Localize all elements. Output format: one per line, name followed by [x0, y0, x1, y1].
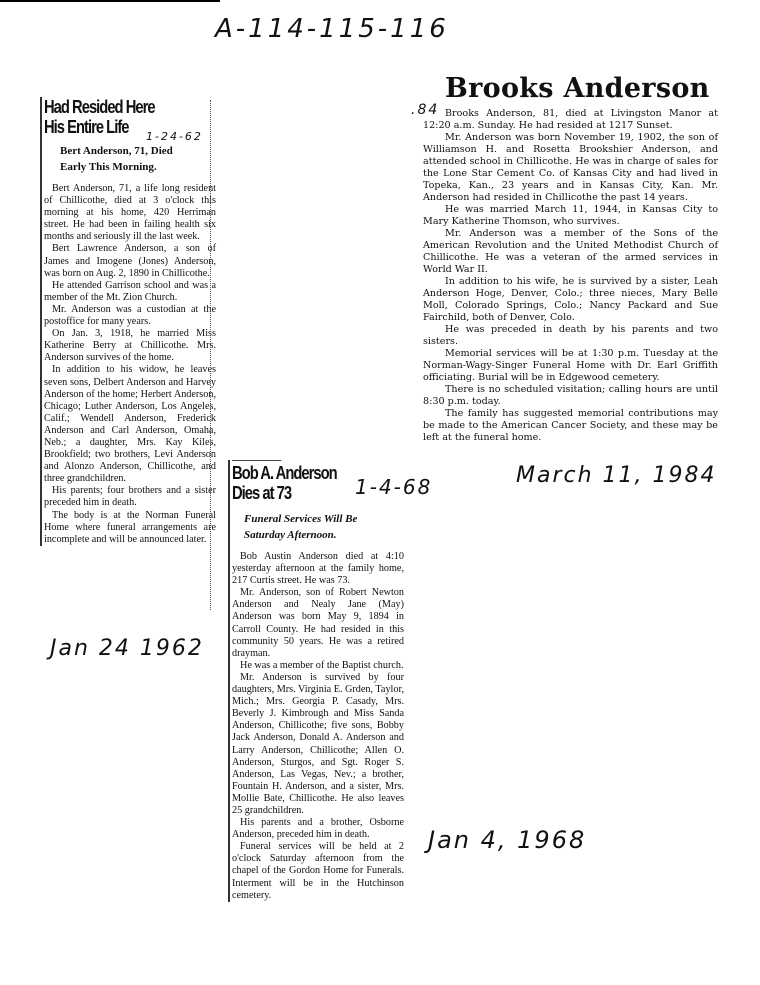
clipping-bob-anderson: Bob A. Anderson Dies at 73 Funeral Servi… [228, 460, 404, 902]
reference-number: A-114-115-116 [215, 14, 449, 44]
paragraph: Mr. Anderson was born November 19, 1902,… [423, 132, 718, 204]
paragraph: Mr. Anderson was a member of the Sons of… [423, 228, 718, 276]
paragraph: Mr. Anderson is survived by four daughte… [232, 672, 404, 817]
handwritten-date: March 11, 1984 [516, 463, 717, 488]
paragraph: Bert Lawrence Anderson, a son of James a… [44, 243, 216, 279]
subheadline-line-1: Bert Anderson, 71, Died [60, 143, 216, 159]
paragraph: Funeral services will be held at 2 o'clo… [232, 841, 404, 901]
paragraph: Memorial services will be at 1:30 p.m. T… [423, 348, 718, 384]
paragraph: Bob Austin Anderson died at 4:10 yesterd… [232, 551, 404, 587]
paragraph: Mr. Anderson, son of Robert Newton Ander… [232, 587, 404, 660]
paragraph: On Jan. 3, 1918, he married Miss Katheri… [44, 328, 216, 364]
paragraph: He was preceded in death by his parents … [423, 324, 718, 348]
paragraph: His parents and a brother, Osborne Ander… [232, 817, 404, 841]
subheadline: Funeral Services Will Be Saturday Aftern… [244, 511, 404, 543]
paragraph: In addition to his wife, he is survived … [423, 276, 718, 324]
column-rule [210, 100, 212, 610]
subheadline-line-2: Early This Morning. [60, 159, 216, 175]
subheadline-line-2: Saturday Afternoon. [244, 527, 404, 543]
paragraph: He attended Garrison school and was a me… [44, 280, 216, 304]
clipping-bert-anderson: Had Resided Here His Entire Life Bert An… [40, 97, 216, 546]
headline-line-1: Bob A. Anderson [232, 460, 281, 483]
paragraph: The body is at the Norman Funeral Home w… [44, 510, 216, 546]
paragraph: The family has suggested memorial contri… [423, 408, 718, 444]
handwritten-date-short: 1-24-62 [146, 130, 203, 143]
subheadline-line-1: Funeral Services Will Be [244, 511, 404, 527]
scan-edge-bar [0, 0, 220, 2]
paragraph: His parents; four brothers and a sister … [44, 485, 216, 509]
paragraph: He was married March 11, 1944, in Kansas… [423, 204, 718, 228]
subheadline: Bert Anderson, 71, Died Early This Morni… [60, 143, 216, 175]
paragraph: In addition to his widow, he leaves seve… [44, 364, 216, 485]
headline-line-1: Had Resided Here [44, 97, 185, 117]
paragraph: Mr. Anderson was a custodian at the post… [44, 304, 216, 328]
paragraph: Brooks Anderson, 81, died at Livingston … [423, 108, 718, 132]
paragraph: There is no scheduled visitation; callin… [423, 384, 718, 408]
paragraph: Bert Anderson, 71, a life long resident … [44, 183, 216, 243]
handwritten-mark: .84 [411, 102, 439, 118]
handwritten-date-short: 1-4-68 [355, 475, 432, 499]
handwritten-date: Jan 24 1962 [50, 636, 204, 661]
headline: Brooks Anderson [445, 73, 718, 105]
handwritten-date: Jan 4, 1968 [428, 826, 586, 854]
clipping-brooks-anderson: Brooks Anderson Brooks Anderson, 81, die… [423, 73, 718, 444]
headline-line-2: Dies at 73 [232, 483, 373, 503]
paragraph: He was a member of the Baptist church. [232, 660, 404, 672]
